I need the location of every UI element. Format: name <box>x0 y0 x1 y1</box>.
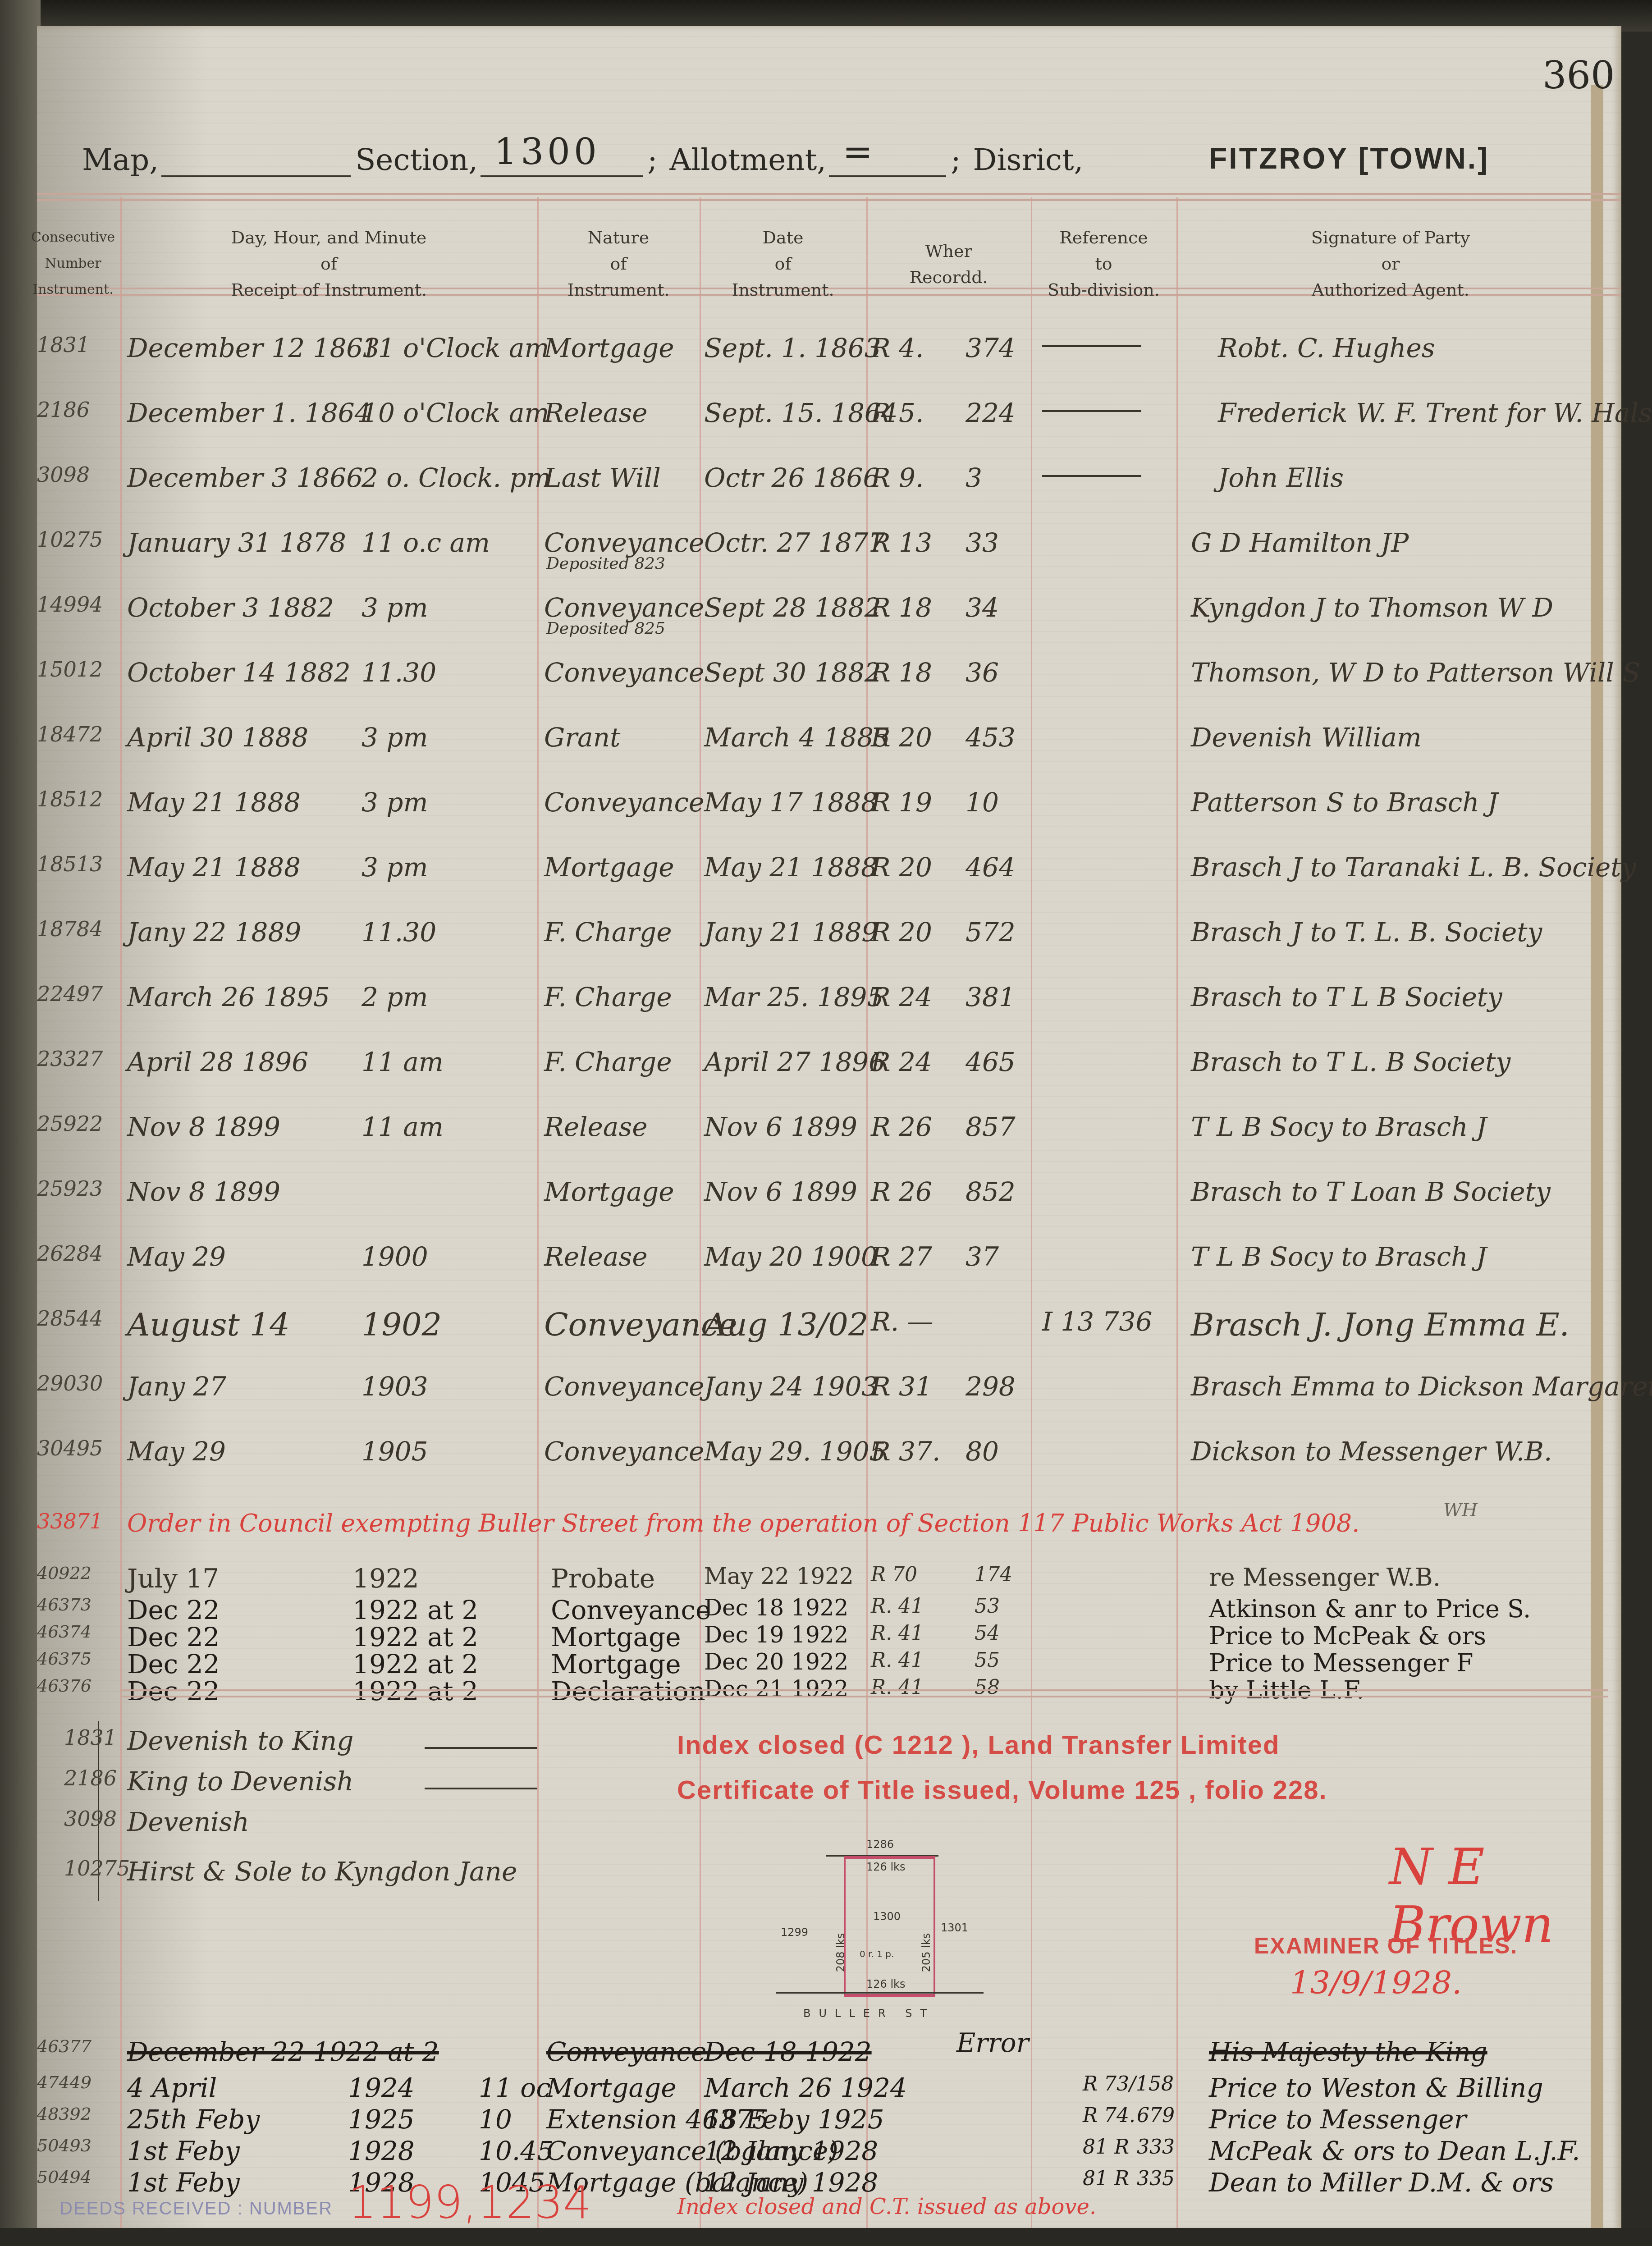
instrument-number: 14994 <box>37 592 103 617</box>
table-row: 18784 Jany 22 1889 11.30 F. Charge Jany … <box>37 917 1621 971</box>
instrument-date: March 26 1924 <box>704 2072 907 2103</box>
receipt-date: April 30 1888 <box>127 722 308 753</box>
instrument-nature: Conveyance <box>544 657 704 688</box>
party-signature: Price to Messenger <box>1209 2104 1466 2135</box>
recorded-book: R 13 <box>871 527 932 558</box>
receipt-date: 25th Feby <box>127 2104 260 2135</box>
receipt-time: 11 am <box>362 1047 444 1077</box>
receipt-date: January 31 1878 <box>127 527 346 558</box>
instrument-number: 46374 <box>37 1622 92 1642</box>
examiner-date: 13/9/1928. <box>1290 1964 1462 2001</box>
party-signature: Robt. C. Hughes <box>1218 333 1435 363</box>
party-signature: Price to Messenger F <box>1209 1649 1474 1677</box>
instrument-nature: Grant <box>544 722 620 753</box>
nature-note: Deposited 823 <box>546 554 665 573</box>
instrument-date: Dec 18 1922 <box>704 1595 848 1621</box>
party-signature: Price to McPeak & ors <box>1209 1622 1486 1650</box>
receipt-date: April 28 1896 <box>127 1047 308 1077</box>
party-signature: Brasch to T Loan B Society <box>1191 1176 1551 1207</box>
party-signature: McPeak & ors to Dean L.J.F. <box>1209 2136 1580 2166</box>
recorded-book: R 24 <box>871 982 932 1012</box>
recorded-folio: 333 <box>1137 2136 1175 2159</box>
receipt-date: Dec 22 <box>127 1649 220 1679</box>
instrument-number: 46377 <box>37 2036 92 2056</box>
receipt-time: 3 pm <box>362 787 428 818</box>
instrument-date: Sept 30 1882 <box>704 657 881 688</box>
index-closed-stamp: Index closed (C 1212 ), Land Transfer Li… <box>677 1730 1280 1760</box>
table-row: 46376 Dec 22 1922 at 2 Declaration Dec 2… <box>37 1676 1621 1730</box>
street-line <box>776 1992 984 1994</box>
instrument-date: 18 Feby 1925 <box>704 2104 884 2135</box>
receipt-time: 1922 at 2 <box>352 1595 478 1625</box>
instrument-date: Nov 6 1899 <box>704 1112 857 1142</box>
receipt-date: 4 April <box>127 2072 217 2103</box>
section-value: 1300 <box>494 131 600 173</box>
table-row: 30495 May 29 1905 Conveyance May 29. 190… <box>37 1436 1621 1490</box>
receipt-year: 1924 <box>348 2072 415 2103</box>
instrument-date: 12 Jany 1928 <box>704 2136 878 2166</box>
lot-boundary <box>844 1856 935 1997</box>
recorded-book: R 26 <box>871 1112 932 1142</box>
index-number: 2186 <box>64 1766 117 1790</box>
receipt-time: 3 pm <box>362 722 428 753</box>
instrument-date: 12 Jany 1928 <box>704 2167 878 2198</box>
receipt-time: 1902 <box>362 1306 442 1343</box>
instrument-number: 23327 <box>37 1047 103 1071</box>
recorded-book: R 73/158 <box>1083 2072 1174 2095</box>
examiner-title: EXAMINER OF TITLES. <box>1254 1933 1518 1959</box>
party-signature: T L B Socy to Brasch J <box>1191 1112 1487 1142</box>
receipt-date: 1st Feby <box>127 2136 240 2166</box>
instrument-date: Dec 21 1922 <box>704 1676 848 1702</box>
party-signature: Devenish William <box>1191 722 1422 753</box>
recorded-folio: 572 <box>966 917 1016 947</box>
instrument-date: Jany 21 1889 <box>704 917 878 947</box>
index-number: 10275 <box>64 1856 130 1880</box>
instrument-number: 18784 <box>37 917 103 941</box>
instrument-date: Dec 19 1922 <box>704 1622 848 1648</box>
instrument-nature: Mortgage <box>551 1649 681 1679</box>
table-row: 10275 January 31 1878 11 o.c am Conveyan… <box>37 527 1621 581</box>
recorded-folio: 679 <box>1137 2104 1175 2127</box>
instrument-nature: Conveyance <box>551 1595 711 1625</box>
recorded-folio: 54 <box>975 1622 1000 1645</box>
column-header-nature: NatureofInstrument. <box>537 224 700 303</box>
recorded-folio: 33 <box>966 527 999 558</box>
instrument-nature: Release <box>544 1241 648 1272</box>
recorded-book: R 4. <box>871 333 924 363</box>
recorded-folio: 37 <box>966 1241 999 1272</box>
instrument-nature: Conveyance <box>544 1436 704 1467</box>
instrument-nature: Mortgage <box>546 2072 677 2103</box>
recorded-folio: 36 <box>966 657 999 688</box>
instrument-date: May 21 1888 <box>704 852 878 883</box>
instrument-number: 3098 <box>37 462 90 487</box>
recorded-book: R 20 <box>871 722 932 753</box>
instrument-number: 10275 <box>37 527 103 552</box>
table-row: 22497 March 26 1895 2 pm F. Charge Mar 2… <box>37 982 1621 1036</box>
instrument-number: 50494 <box>37 2167 92 2187</box>
recorded-folio: 10 <box>966 787 999 818</box>
allotment-value: = <box>842 131 876 173</box>
receipt-time: 11 o.c am <box>362 527 490 558</box>
error-note: Error <box>956 2027 1029 2058</box>
allotment-field: = <box>829 144 946 177</box>
recorded-book: R 20 <box>871 917 932 947</box>
instrument-nature: Conveyance <box>544 527 704 558</box>
map-label: Map, <box>82 142 159 177</box>
index-text: Devenish <box>127 1807 249 1837</box>
table-row: 29030 Jany 27 1903 Conveyance Jany 24 19… <box>37 1371 1621 1425</box>
table-row: 25922 Nov 8 1899 11 am Release Nov 6 189… <box>37 1112 1621 1166</box>
receipt-date: December 1. 1864 <box>127 398 371 428</box>
receipt-date: Jany 27 <box>127 1371 226 1402</box>
table-row: 14994 October 3 1882 3 pm Conveyance Dep… <box>37 592 1621 646</box>
instrument-number: 18512 <box>37 787 103 811</box>
recorded-book: R. — <box>871 1306 934 1337</box>
party-signature: Brasch to T L B Society <box>1191 982 1502 1012</box>
receipt-date: July 17 <box>127 1563 219 1594</box>
receipt-date: December 3 1866 <box>127 462 363 493</box>
recorded-book: R 31 <box>871 1371 932 1402</box>
instrument-nature: Mortgage <box>544 852 674 883</box>
recorded-book: 81 R <box>1083 2167 1129 2190</box>
district-label: Disrict, <box>973 142 1083 177</box>
instrument-number: 46375 <box>37 1649 92 1669</box>
recorded-book: R. 41 <box>871 1622 924 1645</box>
table-row: 28544 August 14 1902 Conveyance Aug 13/0… <box>37 1306 1621 1360</box>
party-signature: G D Hamilton JP <box>1191 527 1409 558</box>
party-signature: re Messenger W.B. <box>1209 1563 1441 1592</box>
party-signature: Atkinson & anr to Price S. <box>1209 1595 1531 1623</box>
recorded-folio: 453 <box>966 722 1016 753</box>
lot-number: 1300 <box>873 1910 901 1923</box>
book-spine <box>0 0 41 2246</box>
receipt-date: October 14 1882 <box>127 657 351 688</box>
instrument-number: 29030 <box>37 1371 103 1395</box>
party-signature: John Ellis <box>1218 462 1344 493</box>
recorded-book: R. 41 <box>871 1595 924 1618</box>
receipt-date: December 22 1922 at 2 <box>127 2036 439 2067</box>
column-header-recorded: WherRecordd. <box>866 238 1031 290</box>
ledger-page: 360 Map, Section, 1300 ; Allotment, = ; … <box>37 26 1621 2230</box>
recorded-book: R 9. <box>871 462 924 493</box>
instrument-date: March 4 1885 <box>704 722 890 753</box>
party-signature: Kyngdon J to Thomson W D <box>1191 592 1553 623</box>
instrument-date: Mar 25. 1895 <box>704 982 883 1012</box>
recorded-book: R 26 <box>871 1176 932 1207</box>
instrument-nature: Probate <box>551 1563 655 1594</box>
recorded-book: R 18 <box>871 592 932 623</box>
receipt-time: 2 pm <box>362 982 428 1012</box>
receipt-time: 3 pm <box>362 592 428 623</box>
party-signature: T L B Socy to Brasch J <box>1191 1241 1487 1272</box>
table-row: 2186 December 1. 1864 10 o'Clock am Rele… <box>37 398 1621 452</box>
party-signature: Frederick W. F. Trent for W. Halse <box>1218 398 1652 428</box>
recorded-book: R 27 <box>871 1241 932 1272</box>
receipt-time: 11.30 <box>362 917 436 947</box>
party-signature: Brasch J. Jong Emma E. <box>1191 1306 1570 1343</box>
instrument-date: Dec 18 1922 <box>704 2036 872 2067</box>
instrument-number: 48392 <box>37 2104 92 2124</box>
recorded-folio: 53 <box>975 1595 1000 1618</box>
section-label: Section, <box>355 142 478 177</box>
district-value: FITZROY [TOWN.] <box>1209 141 1489 175</box>
instrument-number: 50493 <box>37 2136 92 2155</box>
instrument-date: May 17 1888 <box>704 787 878 818</box>
receipt-time: 1903 <box>362 1371 428 1402</box>
receipt-date: October 3 1882 <box>127 592 334 623</box>
recorded-book: R 18 <box>871 657 932 688</box>
party-signature: Dean to Miller D.M. & ors <box>1209 2167 1554 2198</box>
instrument-number: 28544 <box>37 1306 103 1331</box>
instrument-date: April 27 1896 <box>704 1047 885 1077</box>
receipt-date: Dec 22 <box>127 1622 220 1652</box>
receipt-time: 11 o'Clock am <box>362 333 549 363</box>
index-text: King to Devenish <box>127 1766 353 1797</box>
register-header: Map, Section, 1300 ; Allotment, = ; Disr… <box>82 137 1086 177</box>
receipt-date: Nov 8 1899 <box>127 1176 280 1207</box>
receipt-date: 1st Feby <box>127 2167 240 2198</box>
instrument-number: 18472 <box>37 722 103 746</box>
instrument-nature: Mortgage <box>551 1622 681 1652</box>
instrument-number: 46376 <box>37 1676 92 1696</box>
party-signature: Dickson to Messenger W.B. <box>1191 1436 1552 1467</box>
instrument-number: 47449 <box>37 2072 92 2092</box>
party-signature: Brasch J to T. L. B. Society <box>1191 917 1542 947</box>
recorded-folio: 335 <box>1137 2167 1175 2190</box>
receipt-time: 10 <box>479 2104 512 2135</box>
table-row: 18512 May 21 1888 3 pm Conveyance May 17… <box>37 787 1621 841</box>
recorded-folio: 464 <box>966 852 1016 883</box>
receipt-time: 11.30 <box>362 657 436 688</box>
column-header-date: DateofInstrument. <box>700 224 866 303</box>
instrument-date: May 22 1922 <box>704 1563 854 1589</box>
receipt-time: 1922 at 2 <box>352 1622 478 1652</box>
table-row: 23327 April 28 1896 11 am F. Charge Apri… <box>37 1047 1621 1101</box>
recorded-folio: 34 <box>966 592 999 623</box>
receipt-time: 10 o'Clock am <box>362 398 549 428</box>
instrument-nature: Last Will <box>544 462 661 493</box>
instrument-nature: Release <box>544 1112 648 1142</box>
instrument-nature: Mortgage <box>544 1176 674 1207</box>
receipt-date: March 26 1895 <box>127 982 330 1012</box>
instrument-number: 18513 <box>37 852 103 876</box>
red-note-text: Order in Council exempting Buller Street… <box>127 1509 1359 1537</box>
instrument-date: Sept. 1. 1863 <box>704 333 881 363</box>
recorded-book: R 20 <box>871 852 932 883</box>
recorded-folio: 224 <box>966 398 1016 428</box>
index-text: Hirst & Sole to Kyngdon Jane <box>127 1856 517 1887</box>
instrument-date: Octr. 27 1877 <box>704 527 885 558</box>
receipt-time: 1905 <box>362 1436 428 1467</box>
instrument-nature: Conveyance <box>544 592 704 623</box>
receipt-time: 11 am <box>362 1112 444 1142</box>
instrument-nature: F. Charge <box>544 1047 672 1077</box>
instrument-number: 25923 <box>37 1176 103 1201</box>
party-signature: Brasch Emma to Dickson Margaret <box>1191 1371 1652 1402</box>
index-number: 3098 <box>64 1807 117 1831</box>
allotment-plan: 1286 126 lks 1300 1299 1301 208 lks 205 … <box>776 1829 966 2027</box>
instrument-date: May 29. 1905 <box>704 1436 886 1467</box>
party-signature: His Majesty the King <box>1209 2036 1487 2067</box>
recorded-folio: 465 <box>966 1047 1016 1077</box>
table-row: 1831 December 12 1863 11 o'Clock am Mort… <box>37 333 1621 387</box>
receipt-time: 11 oc <box>479 2072 551 2103</box>
recorded-folio: 374 <box>966 333 1016 363</box>
instrument-nature: F. Charge <box>544 917 672 947</box>
recorded-folio: 174 <box>975 1563 1012 1586</box>
instrument-date: Nov 6 1899 <box>704 1176 857 1207</box>
instrument-nature: Conveyance <box>544 1371 704 1402</box>
instrument-nature: Release <box>544 398 648 428</box>
recorded-folio: 381 <box>966 982 1016 1012</box>
instrument-number: 26284 <box>37 1241 103 1266</box>
column-header-number: ConsecutiveNumberInstrument. <box>28 224 118 303</box>
book-binding-bottom <box>0 2228 1652 2246</box>
column-header-receipt: Day, Hour, and MinuteofReceipt of Instru… <box>120 224 537 303</box>
recorded-folio: 852 <box>966 1176 1016 1207</box>
receipt-date: May 29 <box>127 1436 226 1467</box>
recorded-folio: 3 <box>966 462 982 493</box>
table-row: 18472 April 30 1888 3 pm Grant March 4 1… <box>37 722 1621 776</box>
initials: WH <box>1443 1500 1478 1521</box>
page-number: 360 <box>1542 53 1615 97</box>
receipt-date: May 21 1888 <box>127 787 301 818</box>
receipt-time: 1922 at 2 <box>352 1649 478 1679</box>
receipt-date: Nov 8 1899 <box>127 1112 280 1142</box>
party-signature: Thomson, W D to Patterson Will S <box>1191 657 1640 688</box>
instrument-nature: Conveyance <box>546 2036 706 2067</box>
mid-rule <box>120 1689 1608 1697</box>
instrument-date: Sept. 15. 1864 <box>704 398 898 428</box>
index-number: 1831 <box>64 1725 117 1750</box>
instrument-date: Dec 20 1922 <box>704 1649 848 1675</box>
table-row: 26284 May 29 1900 Release May 20 1900 R … <box>37 1241 1621 1295</box>
table-row: 18513 May 21 1888 3 pm Mortgage May 21 1… <box>37 852 1621 906</box>
instrument-number: 15012 <box>37 657 103 682</box>
street-name: BULLER ST <box>803 2007 935 2020</box>
instrument-number: 2186 <box>37 398 90 422</box>
instrument-date: Jany 24 1903 <box>704 1371 878 1402</box>
table-row: 15012 October 14 1882 11.30 Conveyance S… <box>37 657 1621 711</box>
instrument-nature: Mortgage <box>544 333 674 363</box>
recorded-book: R 24 <box>871 1047 932 1077</box>
recorded-book: R 70 <box>871 1563 917 1586</box>
column-header-signature: Signature of PartyorAuthorized Agent. <box>1176 224 1605 303</box>
instrument-date: Octr 26 1866 <box>704 462 879 493</box>
instrument-number: 30495 <box>37 1436 103 1460</box>
receipt-time: 10.45 <box>479 2136 554 2166</box>
receipt-date: May 29 <box>127 1241 226 1272</box>
recorded-book: R. 41 <box>871 1649 924 1672</box>
recorded-book: 81 R <box>1083 2136 1129 2159</box>
receipt-time: 2 o. Clock. pm <box>362 462 551 493</box>
instrument-nature: F. Charge <box>544 982 672 1012</box>
instrument-nature: Conveyance <box>544 787 704 818</box>
receipt-date: December 12 1863 <box>127 333 380 363</box>
red-note-row: 33871 Order in Council exempting Buller … <box>37 1509 1621 1563</box>
index-text: Devenish to King <box>127 1725 353 1756</box>
receipt-time: 3 pm <box>362 852 428 883</box>
certificate-stamp: Certificate of Title issued, Volume 125 … <box>677 1775 1327 1805</box>
instrument-number: 46373 <box>37 1595 92 1615</box>
table-row: 25923 Nov 8 1899 Mortgage Nov 6 1899 R 2… <box>37 1176 1621 1230</box>
receipt-year: 1925 <box>348 2104 415 2135</box>
instrument-number: 1831 <box>37 333 90 357</box>
party-signature: Price to Weston & Billing <box>1209 2072 1543 2103</box>
instrument-number: 22497 <box>37 982 103 1006</box>
map-field <box>161 144 351 177</box>
recorded-folio: 55 <box>975 1649 1000 1672</box>
instrument-date: Sept 28 1882 <box>704 592 881 623</box>
recorded-folio: 80 <box>966 1436 999 1467</box>
instrument-number: 40922 <box>37 1563 92 1583</box>
receipt-date: August 14 <box>127 1306 290 1343</box>
receipt-date: Dec 22 <box>127 1595 220 1625</box>
receipt-time: 1900 <box>362 1241 428 1272</box>
allotment-label: Allotment, <box>669 142 826 177</box>
receipt-date: May 21 1888 <box>127 852 301 883</box>
index-closed-note: Index closed and C.T. issued as above. <box>677 2194 1096 2219</box>
header-rule-top <box>37 193 1621 201</box>
table-row: 3098 December 3 1866 2 o. Clock. pm Last… <box>37 462 1621 517</box>
party-signature: Brasch J to Taranaki L. B. Society <box>1191 852 1636 883</box>
receipt-date: Jany 22 1889 <box>127 917 301 947</box>
deeds-number: 1199,1234 <box>348 2176 592 2229</box>
recorded-book: R 37. <box>871 1436 940 1467</box>
column-header-reference: ReferencetoSub-division. <box>1031 224 1176 303</box>
subdivision-reference-value: I 13 736 <box>1042 1306 1152 1337</box>
receipt-year: 1928 <box>348 2136 415 2166</box>
deeds-received-stamp: DEEDS RECEIVED : NUMBER <box>59 2199 333 2219</box>
recorded-folio: 857 <box>966 1112 1016 1142</box>
section-field: 1300 <box>480 144 643 177</box>
recorded-book: R 19 <box>871 787 932 818</box>
instrument-date: Aug 13/02 <box>704 1306 868 1343</box>
instrument-date: May 20 1900 <box>704 1241 878 1272</box>
nature-note: Deposited 825 <box>546 619 665 638</box>
party-signature: Patterson S to Brasch J <box>1191 787 1498 818</box>
receipt-time: 1922 <box>352 1563 419 1594</box>
recorded-folio: 298 <box>966 1371 1016 1402</box>
instrument-number: 25922 <box>37 1112 103 1136</box>
recorded-book: R 5. <box>871 398 924 428</box>
party-signature: Brasch to T L. B Society <box>1191 1047 1510 1077</box>
recorded-book: R 74. <box>1083 2104 1135 2127</box>
